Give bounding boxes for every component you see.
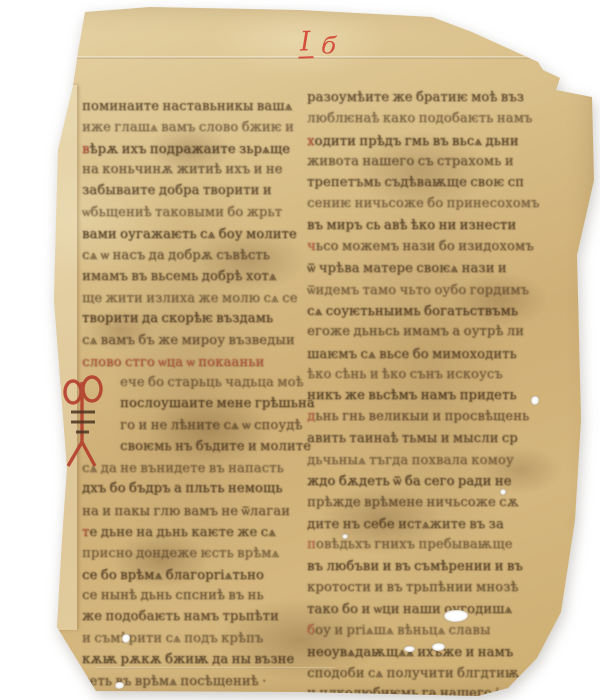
manuscript-text-line: кѫѭ рѫкѫ бжиѭ да ны възне (82, 652, 296, 673)
manuscript-text-line: ѡбьщениѣ таковыми бо жрьт (82, 204, 296, 225)
manuscript-text-line: вами оугажаѥть сѧ боу молите (82, 226, 296, 247)
manuscript-text-line: чьсо можемъ нази бо изидохомъ (307, 239, 547, 260)
foliation-number: І (297, 28, 313, 58)
manuscript-text-line: сѧ да не вънидете въ напасть (82, 460, 296, 481)
manuscript-text-line: егоже дьньсь имамъ а оутрѣ ли (307, 324, 547, 345)
manuscript-text-line: забываите добра творити и (82, 183, 296, 204)
foliation-mark: Іб (297, 27, 336, 58)
manuscript-text-line: тако бо и ѡци наши оугодишѧ (307, 601, 547, 622)
manuscript-text-line: живота нашего съ страхомь и (307, 154, 547, 175)
manuscript-text-line: же подобаѥть намъ трьпѣти (82, 609, 296, 630)
left-text-column: поминаите наставьникы вашѧиже глашѧ вамъ… (82, 98, 296, 694)
manuscript-text-line: авить таинаѣ тьмы и мысли ср (307, 431, 547, 452)
manuscript-text-line: въ миръ сь авѣ ѣко ни изнести (307, 218, 547, 239)
manuscript-text-line: ждо бѫдеть ѿ ба сего ради не (307, 473, 547, 494)
manuscript-text-line: ѣко сѣнь и ѣко сънъ искоусъ (307, 367, 547, 388)
manuscript-text-line: сподоби сѧ получити блгдтиѭ (307, 665, 547, 686)
manuscript-text-line: разоумѣите же братиѥ моѣ въз (307, 90, 547, 111)
manuscript-text-line: шаѥмъ сѧ вьсе бо мимоходить (307, 346, 547, 367)
manuscript-text-line: сѧ вамъ бъ же мироу възведыи (82, 332, 296, 353)
manuscript-text-line: сѧ соуѥтьныимь богатьствъмь (307, 303, 547, 324)
manuscript-text-line: го и не лѣните сѧ ѡ споудѣ (82, 417, 296, 438)
manuscript-text-line: ѿидемъ тамо чьто оубо гордимъ (307, 282, 547, 303)
right-text-column: разоумѣите же братиѥ моѣ възлюблѥнаѣ как… (307, 90, 547, 700)
manuscript-text-line: люблѥнаѣ како подобаѥть намъ (307, 111, 547, 132)
manuscript-text-line: сениѥ ничьсоже бо принесохомъ (307, 196, 547, 217)
manuscript-text-line: своѥмь нъ бъдите и молите (82, 439, 296, 460)
manuscript-text-line: дхъ бо бъдръ а пльть немощь (82, 481, 296, 502)
left-fold-flap (54, 85, 77, 630)
manuscript-text-line: въ любъви и въ съмѣрении и въ (307, 559, 547, 580)
foliation-letter: б (320, 33, 337, 59)
manuscript-text-line: на и пакы глю вамъ не ѿлагаи (82, 503, 296, 524)
manuscript-text-line: на коньчинѫ житиѣ ихъ и не (82, 162, 296, 183)
manuscript-text-line: вѣрѫ ихъ подражаите зьрѧще (82, 141, 296, 162)
manuscript-text-line: кротости и въ трьпѣнии мнозѣ (307, 580, 547, 601)
manuscript-text-line: сѧ ѡ насъ да добрѫ съвѣсть (82, 247, 296, 268)
scan-background: Іб поминаите наставьникы вашѧиже глашѧ в… (0, 0, 600, 700)
manuscript-text-line: и съмѣрити сѧ подъ крѣпъ (82, 630, 296, 651)
manuscript-text-line: те дьне на дьнь каѥте же сѧ (82, 524, 296, 545)
manuscript-text-line: послоушаите мене грѣшьна (82, 396, 296, 417)
manuscript-text-line: боу и priѧшѧ вѣньцѧ славы (307, 622, 547, 643)
manuscript-text-line: присно дондеже ѥсть врѣмѧ (82, 545, 296, 566)
manuscript-text-line: ходити прѣдъ гмь въ вьсѧ дьни (307, 133, 547, 154)
manuscript-text-line: имамъ въ вьсемь добрѣ хотѧ (82, 268, 296, 289)
manuscript-text-line: трепетъмь съдѣваѭще своѥ сп (307, 175, 547, 196)
manuscript-text-line: неоувѧдаѭщѧѧ ихъже и намъ (307, 644, 547, 665)
manuscript-text-line: дьчьныѧ тъгда похвала комоу (307, 452, 547, 473)
manuscript-text-line: се нынѣ дьнь спсниѣ въ нь (82, 588, 296, 609)
manuscript-text-line: ѿ чрѣва матере своѥѧ нази и (307, 260, 547, 281)
manuscript-text-line: и члколюбиѥмь га нашего ісха (307, 686, 547, 700)
ornate-initial-letter (62, 370, 104, 474)
manuscript-text-line: слово стго ѡца ѡ покааньи (82, 354, 296, 375)
manuscript-text-line: творити да скорѣѥ въздамь (82, 311, 296, 332)
manuscript-text-line: се бо врѣмѧ благоpriѧтьно (82, 567, 296, 588)
parchment-leaf: Іб поминаите наставьникы вашѧиже глашѧ в… (0, 0, 600, 700)
manuscript-text-line: никъ же вьсѣмъ намъ придеть (307, 388, 547, 409)
manuscript-text-line: прѣжде врѣмене ничьсоже сѫ (307, 495, 547, 516)
manuscript-text-line: ще жити излиха же молю сѧ се (82, 290, 296, 311)
manuscript-text-line: повѣдьхъ гнихъ пребываѭще (307, 537, 547, 558)
parchment-surface: Іб поминаите наставьникы вашѧиже глашѧ в… (0, 0, 600, 700)
manuscript-text-line: иже глашѧ вамъ слово бжиѥ и (82, 119, 296, 140)
manuscript-text-line: поминаите наставьникы вашѧ (82, 98, 296, 119)
manuscript-text-line: ече бо старьць чадьца моѣ (82, 375, 296, 396)
manuscript-text-line: дьнь гнь великыи и просвѣщень (307, 409, 547, 430)
